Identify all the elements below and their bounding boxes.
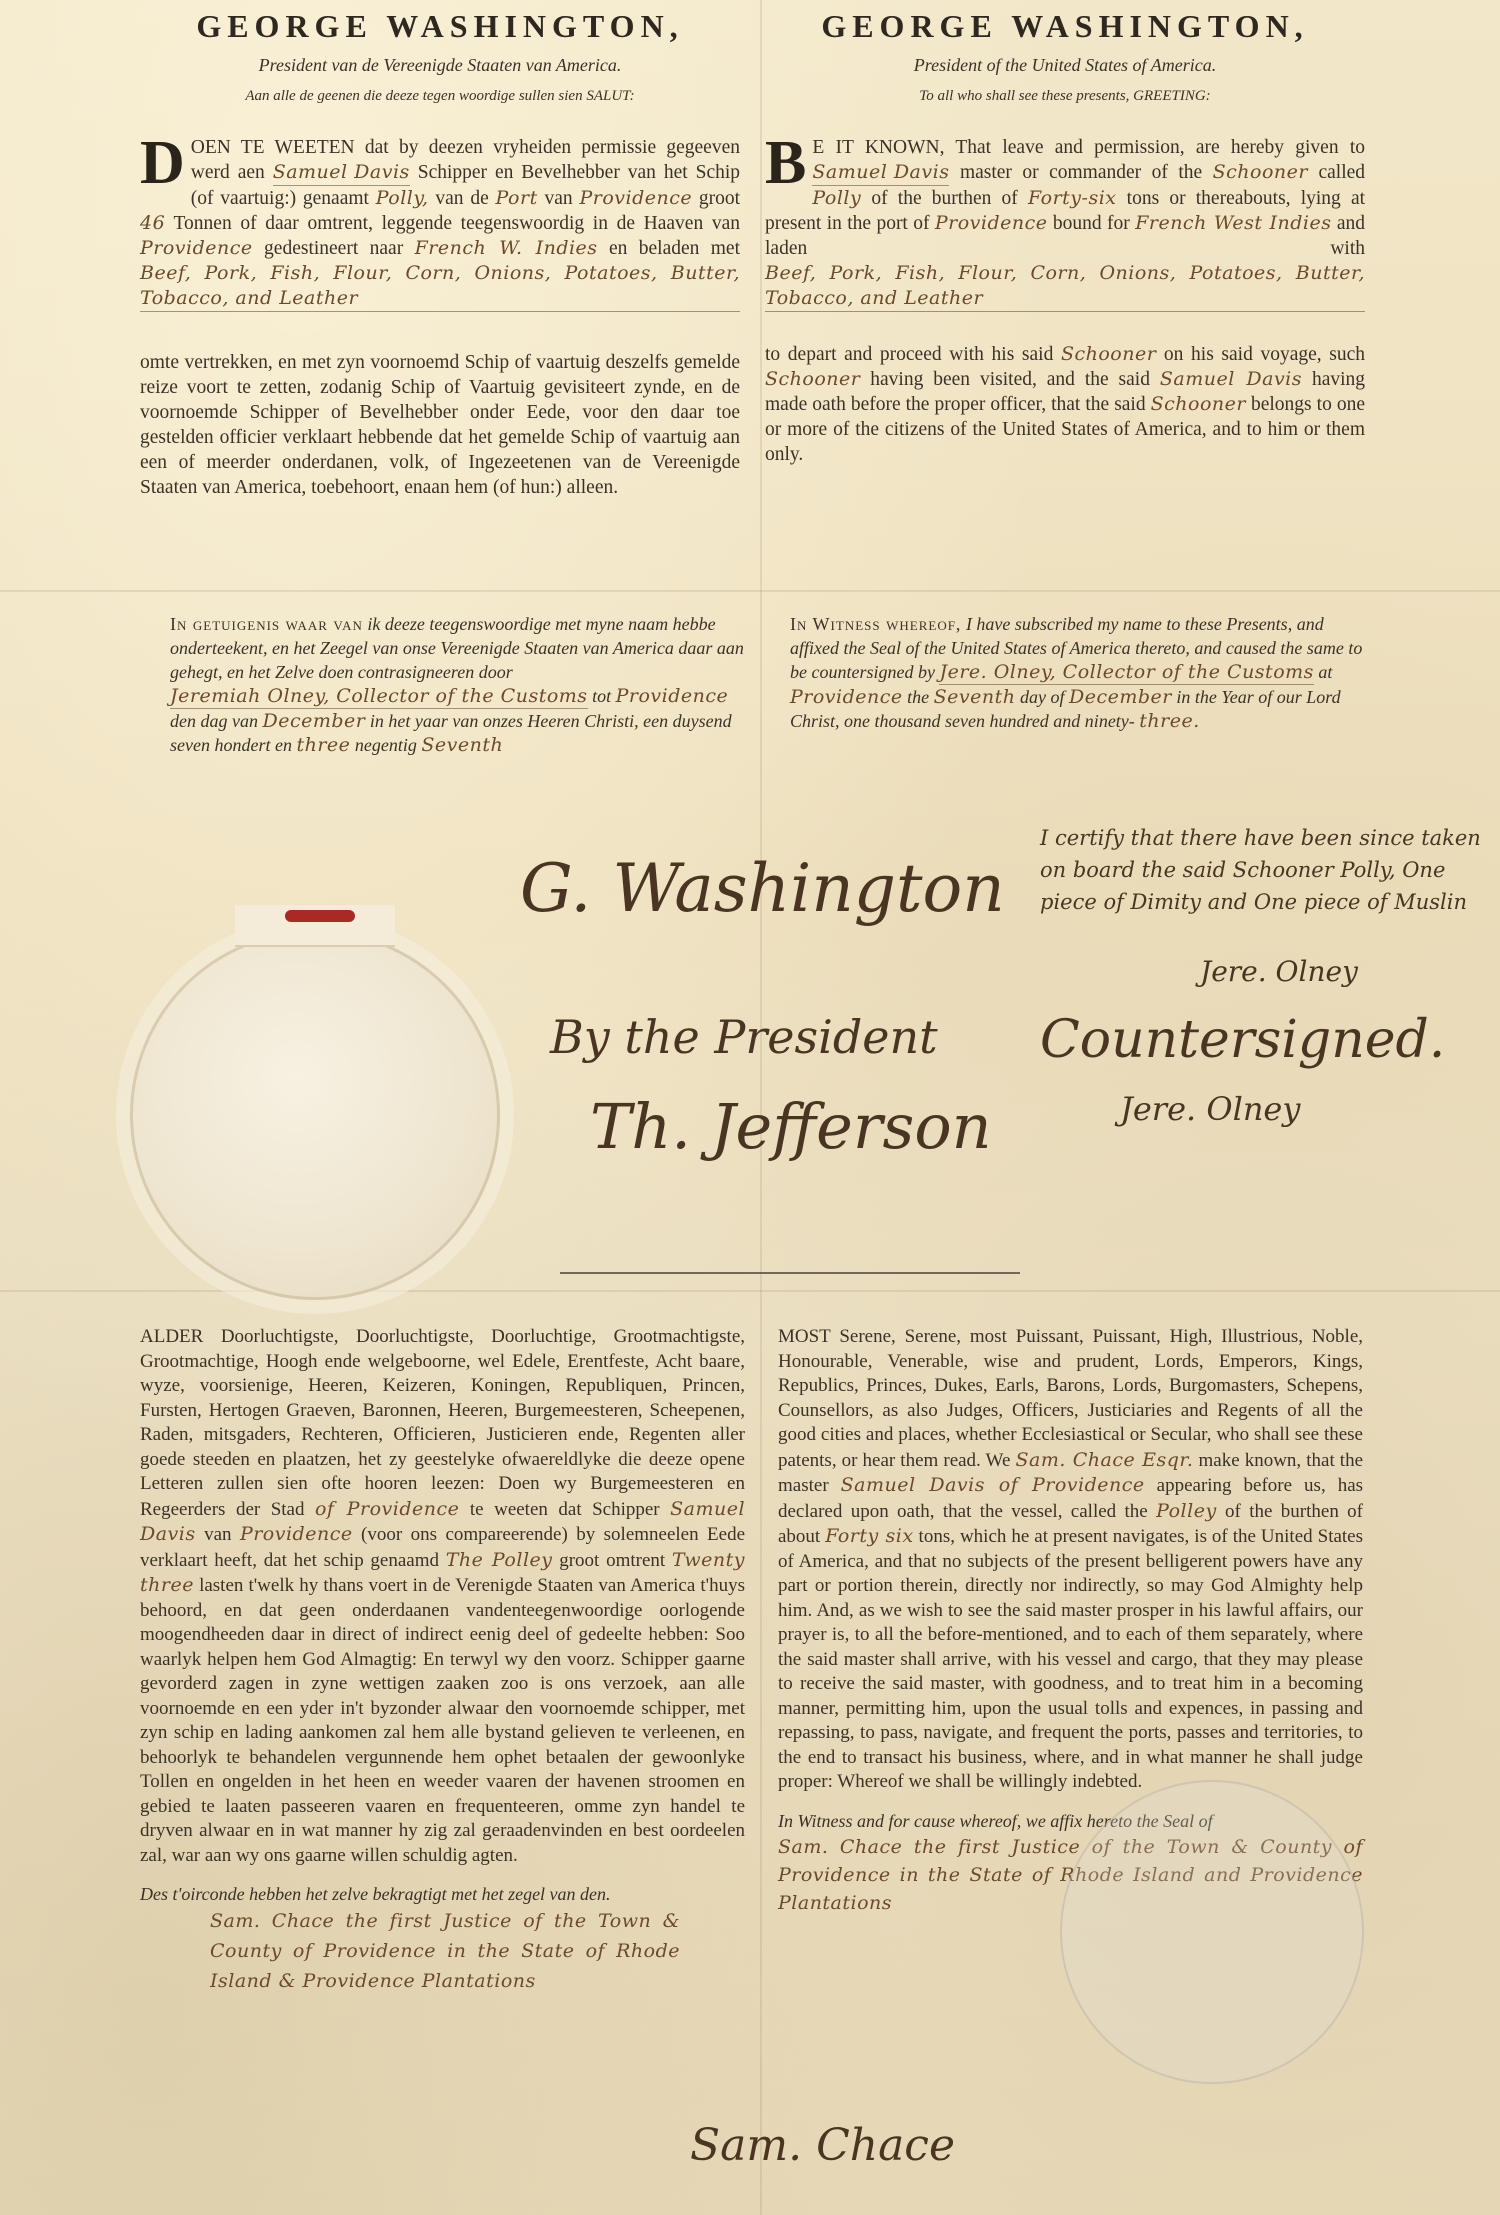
- english-header: GEORGE WASHINGTON, President of the Unit…: [765, 8, 1365, 105]
- handwritten-city: Providence: [790, 686, 903, 708]
- print-text: having been visited, and the said: [870, 369, 1150, 390]
- lead: ALDER: [140, 1326, 203, 1347]
- dutch-header: GEORGE WASHINGTON, President van de Vere…: [140, 8, 740, 105]
- signature-olney: Jere. Olney: [1120, 1090, 1300, 1128]
- handwritten-cargo: Beef, Pork, Fish, Flour, Corn, Onions, P…: [765, 261, 1365, 312]
- handwritten-collector: Jeremiah Olney, Collector of the Customs: [170, 684, 588, 709]
- handwritten-vessel-type: Schooner: [765, 368, 860, 390]
- english-permit: B E IT KNOWN, That leave and permission,…: [765, 135, 1365, 467]
- dutch-permit: D OEN TE WEETEN dat by deezen vryheiden …: [140, 135, 740, 500]
- print-text: negentig: [355, 735, 417, 755]
- wax-seal-mark: [285, 910, 355, 922]
- handwritten-destination: French West Indies: [1135, 212, 1331, 234]
- handwritten-ship: Polly,: [376, 187, 429, 209]
- handwritten-day: Seventh: [934, 686, 1016, 708]
- lead: In getuigenis waar van: [170, 614, 363, 634]
- print-text: tons, which he at present navigates, is …: [778, 1526, 1363, 1792]
- print-text: omte vertrekken, en met zyn voornoemd Sc…: [140, 352, 740, 498]
- handwritten-year: three: [296, 734, 350, 756]
- print-text: den: [170, 711, 196, 731]
- lead: In Witness whereof,: [790, 614, 961, 634]
- drop-cap: B: [765, 137, 806, 189]
- print-text: van: [545, 188, 573, 209]
- handwritten-month: December: [1069, 686, 1172, 708]
- english-subtitle: President of the United States of Americ…: [765, 55, 1365, 76]
- handwritten-month: December: [263, 710, 366, 732]
- print-text: dag van: [201, 711, 259, 731]
- handwritten-ship: Polley: [1156, 1500, 1217, 1522]
- print-text: te weeten dat Schipper: [470, 1499, 660, 1520]
- print-text: Doorluchtigste, Doorluchtigste, Doorluch…: [140, 1326, 745, 1520]
- handwritten-master: Samuel Davis: [273, 160, 410, 186]
- signature-washington: G. Washington: [520, 850, 1005, 927]
- print-text: the: [907, 687, 929, 707]
- dutch-witness: In getuigenis waar van ik deeze teegensw…: [170, 612, 750, 757]
- divider-rule: [560, 1272, 1020, 1274]
- print-text: bound for: [1053, 213, 1130, 234]
- print-text: to depart and proceed with his said: [765, 344, 1053, 365]
- handwritten-port: Port: [496, 187, 538, 209]
- print-text: on his said voyage, such: [1164, 344, 1365, 365]
- signature-chace: Sam. Chace: [690, 2120, 955, 2171]
- drop-cap: D: [140, 137, 185, 189]
- print-text: of the burthen of: [871, 188, 1017, 209]
- embossed-seal: [130, 930, 500, 1300]
- lead: E IT KNOWN,: [812, 137, 944, 158]
- handwritten-ship: The Polley: [446, 1549, 553, 1571]
- print-text: en beladen met: [609, 238, 740, 259]
- handwritten-year: three.: [1139, 710, 1199, 732]
- handwritten-tons: Forty-six: [1028, 187, 1117, 209]
- handwritten-master: Samuel Davis: [812, 160, 949, 186]
- countersigned-label: Countersigned.: [1040, 1010, 1445, 1070]
- embossed-seal-faint: [1060, 1780, 1364, 2084]
- handwritten-city: Providence: [240, 1523, 353, 1545]
- dutch-passport-witness: Des t'oirconde hebben het zelve bekragti…: [140, 1882, 745, 1906]
- lead: OEN TE WEETEN: [191, 137, 355, 158]
- handwritten-collector: Jere. Olney, Collector of the Customs: [939, 660, 1313, 685]
- handwritten-vessel-type: Schooner: [1213, 161, 1308, 183]
- certification-note: I certify that there have been since tak…: [1040, 822, 1500, 918]
- print-text: gedestineert naar: [264, 238, 403, 259]
- print-text: lasten t'welk hy thans voert in de Veren…: [140, 1575, 745, 1866]
- handwritten-tons: Forty six: [825, 1525, 913, 1547]
- print-text: van de: [435, 188, 488, 209]
- handwritten-harbor: Providence: [140, 237, 253, 259]
- print-text: That leave and permission, are hereby gi…: [955, 137, 1365, 158]
- print-text: master or commander of the: [960, 162, 1202, 183]
- english-title: GEORGE WASHINGTON,: [765, 8, 1365, 45]
- dutch-title: GEORGE WASHINGTON,: [140, 8, 740, 45]
- handwritten-tons: 46: [140, 212, 165, 234]
- handwritten-destination: French W. Indies: [415, 237, 598, 259]
- handwritten-city: Providence: [616, 685, 729, 707]
- signature-olney-note: Jere. Olney: [1200, 955, 1358, 988]
- by-the-president: By the President: [550, 1010, 938, 1064]
- print-text: van: [204, 1524, 231, 1545]
- print-text: called: [1318, 162, 1365, 183]
- signature-jefferson: Th. Jefferson: [590, 1090, 992, 1163]
- handwritten-master: Samuel Davis: [1160, 368, 1302, 390]
- fold-crease-horizontal: [0, 1290, 1500, 1292]
- print-text: Tonnen of daar omtrent, leggende teegens…: [174, 213, 741, 234]
- print-text: groot: [699, 188, 740, 209]
- handwritten-vessel-type: Schooner: [1061, 343, 1156, 365]
- print-text: day of: [1020, 687, 1065, 707]
- dutch-greeting: Aan alle de geenen die deeze tegen woord…: [140, 88, 740, 105]
- lead: MOST: [778, 1326, 830, 1347]
- handwritten-justice: Sam. Chace Esqr.: [1015, 1449, 1193, 1471]
- english-greeting: To all who shall see these presents, GRE…: [765, 88, 1365, 105]
- handwritten-port: Providence: [935, 212, 1048, 234]
- handwritten-city: of Providence: [315, 1498, 459, 1520]
- dutch-subtitle: President van de Vereenigde Staaten van …: [140, 55, 740, 76]
- handwritten-vessel-type: Schooner: [1151, 393, 1246, 415]
- dutch-passport: ALDER Doorluchtigste, Doorluchtigste, Do…: [140, 1325, 745, 1996]
- handwritten-witness: Sam. Chace the first Justice of the Town…: [210, 1906, 680, 1996]
- handwritten-cargo: Beef, Pork, Fish, Flour, Corn, Onions, P…: [140, 261, 740, 312]
- print-text: at: [1318, 662, 1332, 682]
- handwritten-ship: Polly: [812, 187, 861, 209]
- fold-crease-horizontal: [0, 590, 1500, 592]
- handwritten-day: Seventh: [421, 734, 503, 756]
- print-text: tot: [592, 686, 611, 706]
- handwritten-master: Samuel Davis of Providence: [841, 1474, 1145, 1496]
- english-witness: In Witness whereof, I have subscribed my…: [790, 612, 1370, 733]
- print-text: groot omtrent: [559, 1550, 665, 1571]
- handwritten-city: Providence: [579, 187, 692, 209]
